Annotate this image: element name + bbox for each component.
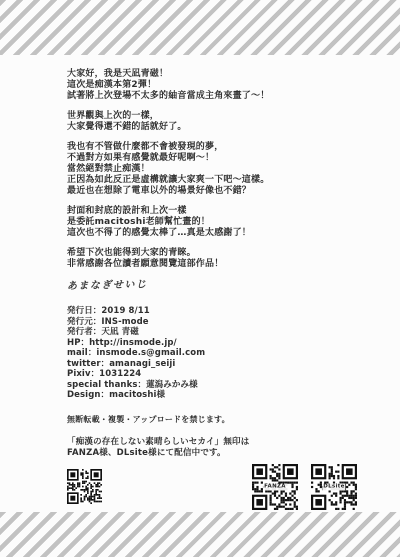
afterword-line: 試著將上次登場不太多的紬音當成主角來畫了～！ <box>67 91 372 102</box>
afterword-line: 最近也在想除了電車以外的場景好像也不錯？ <box>67 186 372 197</box>
top-stripe-border <box>0 0 400 55</box>
colophon-block: 発行日：2019 8/11 発行元：INS-mode 発行者：天凪 青磁 HP：… <box>67 306 372 401</box>
colophon-twitter: twitter：amanagi_seiji <box>67 359 372 370</box>
bottom-stripe-border <box>0 512 400 557</box>
afterword-paragraph-thanks: 希望下次也能得到大家的青睞。 非常感謝各位讀者願意閱覽這部作品！ <box>67 248 372 270</box>
afterword-line: 大家覺得還不錯的話就好了。 <box>67 122 372 133</box>
afterword-line: 這次是痴漢本第2彈！ <box>67 80 372 91</box>
afterword-line: 正因為如此反正是虛構就讓大家爽一下吧～這樣。 <box>67 175 372 186</box>
distribution-note: 「痴漢の存在しない素晴らしいセカイ」無印は FANZA様、DLsite様にて配信… <box>67 437 372 460</box>
colophon-special-thanks: special thanks：蓮潟みかみ様 <box>67 380 372 391</box>
colophon-publisher-circle: 発行元：INS-mode <box>67 317 372 328</box>
afterword-line: 我也有不管做什麼都不會被發現的夢， <box>67 142 372 153</box>
afterword-paragraph-greeting: 大家好，我是天凪青磁！ 這次是痴漢本第2彈！ 試著將上次登場不太多的紬音當成主角… <box>67 69 372 102</box>
afterword-paragraph-comment: 我也有不管做什麼都不會被發現的夢， 不過對方如果有感覺就最好呢啊～！ 當然絕對禁… <box>67 142 372 197</box>
afterword-line: 大家好，我是天凪青磁！ <box>67 69 372 80</box>
afterword-line: 不過對方如果有感覺就最好呢啊～！ <box>67 153 372 164</box>
afterword-line: 當然絕對禁止痴漢！ <box>67 164 372 175</box>
distribution-note-line: FANZA様、DLsite様にて配信中です。 <box>67 448 372 460</box>
colophon-pixiv: Pixiv：1031224 <box>67 369 372 380</box>
colophon-publish-date: 発行日：2019 8/11 <box>67 306 372 317</box>
afterword-line: 是委託macitoshi老師幫忙畫的！ <box>67 217 372 228</box>
qr-label-dlsite: DLsite <box>322 484 345 491</box>
afterword-column: 大家好，我是天凪青磁！ 這次是痴漢本第2彈！ 試著將上次登場不太多的紬音當成主角… <box>67 69 372 460</box>
afterword-line: 希望下次也能得到大家的青睞。 <box>67 248 372 259</box>
copyright-notice: 無断転載・複製・アップロードを禁じます。 <box>67 414 372 425</box>
colophon-author: 発行者：天凪 青磁 <box>67 327 372 338</box>
qr-code-main <box>67 469 102 504</box>
colophon-design: Design：macitoshi様 <box>67 390 372 401</box>
colophon-mail: mail：insmode.s@gmail.com <box>67 348 372 359</box>
afterword-line: 封面和封底的設計和上次一樣 <box>67 206 372 217</box>
colophon-homepage: HP：http://insmode.jp/ <box>67 338 372 349</box>
qr-code-fanza: FANZA <box>252 464 298 510</box>
afterword-line: 非常感謝各位讀者願意閱覽這部作品！ <box>67 259 372 270</box>
afterword-line: 這次也不得了的感覺太棒了…真是太感謝了！ <box>67 228 372 239</box>
qr-label-fanza: FANZA <box>263 484 287 491</box>
afterword-line: 世界觀與上次的一樣， <box>67 111 372 122</box>
author-signature: あまなぎせいじ <box>67 275 372 292</box>
afterword-paragraph-design-credit: 封面和封底的設計和上次一樣 是委託macitoshi老師幫忙畫的！ 這次也不得了… <box>67 206 372 239</box>
afterword-paragraph-setting: 世界觀與上次的一樣， 大家覺得還不錯的話就好了。 <box>67 111 372 133</box>
distribution-note-line: 「痴漢の存在しない素晴らしいセカイ」無印は <box>67 437 372 449</box>
qr-code-dlsite: DLsite <box>311 464 357 510</box>
